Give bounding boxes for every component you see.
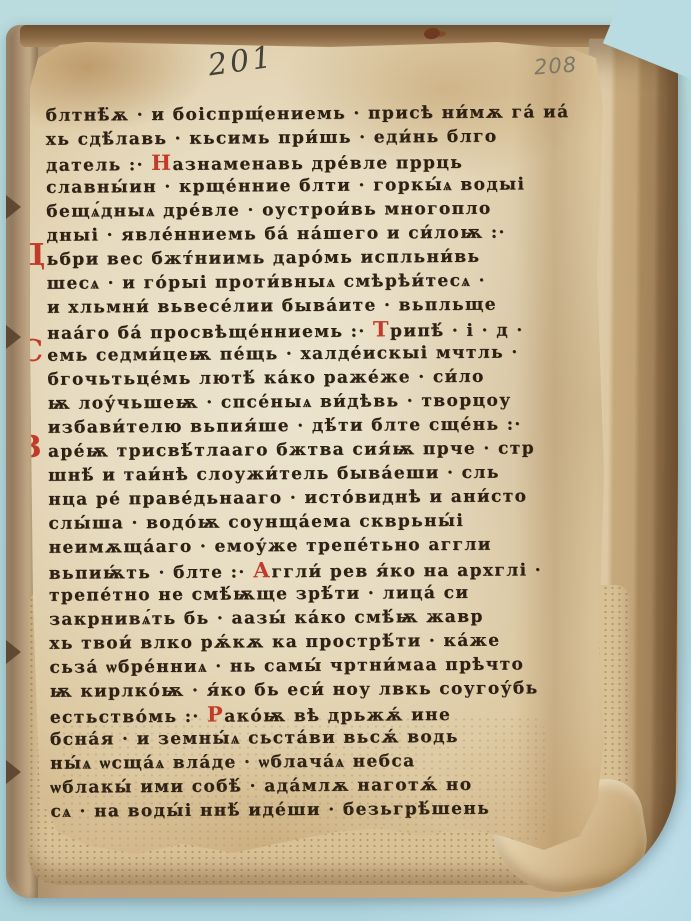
manuscript-line: трепе́тно не смѣ́ѭще зрѣ́ти · лица́ си bbox=[49, 580, 561, 608]
ink-text: рипѣ́ · і · д · bbox=[390, 320, 524, 341]
manuscript-line: ѭ кирлко́ѭ · я́ко бь еси́ ноу лвкь соуго… bbox=[50, 676, 562, 704]
manuscript-line: ѡблакы́ ими собѣ́ · ада́млѫ наготѫ́ но bbox=[50, 772, 562, 800]
manuscript-line: Семь седми́цеѭ пе́щь · халде́искыі мчтль… bbox=[47, 340, 559, 368]
manuscript-line: Дьбри вес бжт́ниимь даро́мь испльни́вь bbox=[46, 244, 558, 272]
ink-text: шнѣ́ и таи́нѣ слоужи́тель быва́еши · сль bbox=[48, 463, 500, 486]
ink-text: шесѧ · и го́рыі проти́вныѧ смѣрѣи́тесѧ · bbox=[47, 271, 486, 294]
ink-text: неимѫща́аго · емоу́же трепе́тьно аггли bbox=[49, 535, 492, 558]
ink-text: наа́го ба́ просвѣще́нниемь :· bbox=[47, 322, 373, 344]
manuscript-line: бгочьтьце́мь лютѣ́ ка́ко раже́же · си́ло bbox=[47, 364, 559, 392]
ink-text: ьбри вес бжт́ниимь даро́мь испльни́вь bbox=[47, 247, 481, 270]
ink-text: емь седми́цеѭ пе́щь · халде́искыі мчтль … bbox=[47, 342, 519, 365]
manuscript-line: сьза́ ѡбре́нниѧ · нь самы́ чртни́маа прѣ… bbox=[49, 652, 561, 680]
codex-book: 201 208 блтнѣ̈ѫ · и боіспрщ́ениемь · при… bbox=[6, 25, 678, 898]
rubric-initial: Т bbox=[373, 316, 390, 341]
folio-number-ink: 201 bbox=[206, 40, 276, 84]
ink-text: ѭ лоу́чьшеѭ · спсе́ныѧ ви́дѣвь · творцоу bbox=[48, 391, 512, 414]
ink-text: ѡблакы́ ими собѣ́ · ада́млѫ наготѫ́ но bbox=[50, 775, 472, 798]
manuscript-line: славны́ин · крще́нние блти · горкы́ѧ вод… bbox=[46, 172, 558, 200]
ink-text: сѧ · на воды́і ннѣ́ иде́ши · безьгрѣ́шен… bbox=[50, 799, 490, 822]
manuscript-line: ны́ѧ ѡсща́ѧ вла́де · ѡблача́ѧ небса bbox=[50, 748, 562, 776]
manuscript-line: естьство́мь :· Рако́ѭ вѣ дрьжѫ́ ине bbox=[50, 700, 562, 728]
manuscript-line: бещѧ́дныѧ дре́вле · оустрои́вь многопло bbox=[46, 196, 558, 224]
ink-text: хь сдѣ́лавь · кьсимь при́шь · еди́нь блг… bbox=[46, 127, 498, 150]
ink-text: бсна́я · и земны́ѧ сьста́ви вьсѫ́ водь bbox=[50, 727, 459, 750]
rubric-initial: Р bbox=[207, 702, 224, 727]
rubric-initial: А bbox=[253, 557, 272, 582]
manuscript-line: блтнѣ̈ѫ · и боіспрщ́ениемь · присѣ ни́мѫ… bbox=[45, 100, 557, 128]
ink-text: нца ре́ праве́дьнааго · исто́виднѣ и ани… bbox=[48, 486, 527, 509]
manuscript-line: наа́го ба́ просвѣще́нниемь :· Трипѣ́ · і… bbox=[47, 316, 559, 344]
ink-text: естьство́мь :· bbox=[50, 707, 207, 728]
manuscript-line: ѭ лоу́чьшеѭ · спсе́ныѧ ви́дѣвь · творцоу bbox=[48, 388, 560, 416]
ink-text: славны́ин · крще́нние блти · горкы́ѧ вод… bbox=[46, 174, 525, 197]
ink-text: избави́телю вьпия́ше · дѣ́ти блте сще́нь… bbox=[48, 414, 522, 437]
ink-text: бгочьтьце́мь лютѣ́ ка́ко раже́же · си́ло bbox=[47, 367, 484, 390]
manuscript-line: Заре́ѭ трисвѣ́тлааго бжтва сия́ѭ прче · … bbox=[48, 436, 560, 464]
manuscript-line: нца ре́ праве́дьнааго · исто́виднѣ и ани… bbox=[48, 484, 560, 512]
ink-text: ѭ кирлко́ѭ · я́ко бь еси́ ноу лвкь соуго… bbox=[50, 678, 539, 701]
ink-text: датель :· bbox=[46, 155, 151, 176]
ink-text: закрнивѧ́ть бь · аазы́ ка́ко смѣ́ѭ жавр bbox=[49, 607, 484, 630]
manuscript-line: сѧ · на воды́і ннѣ́ иде́ши · безьгрѣ́шен… bbox=[50, 796, 562, 824]
manuscript-photo: { "folio": { "ink_number": "201", "penci… bbox=[0, 0, 691, 921]
manuscript-line: вьпиѭ́ть · блте :· Аггли́ рев я́ко на ар… bbox=[49, 556, 561, 584]
ink-text: ако́ѭ вѣ дрьжѫ́ ине bbox=[224, 705, 451, 727]
manuscript-line: хь твои́ влко рѫ́кѫ ка прострѣ́ти · ка́ж… bbox=[49, 628, 561, 656]
manuscript-page: 201 208 блтнѣ̈ѫ · и боіспрщ́ениемь · при… bbox=[30, 42, 606, 854]
manuscript-line: слы́ша · водо́ѭ соунща́ема скврьны́і bbox=[48, 508, 560, 536]
ink-text: бещѧ́дныѧ дре́вле · оустрои́вь многопло bbox=[46, 199, 492, 222]
ink-text: вьпиѭ́ть · блте :· bbox=[49, 562, 253, 583]
ink-text: ны́ѧ ѡсща́ѧ вла́де · ѡблача́ѧ небса bbox=[50, 751, 416, 774]
ink-text: и хльмни́ вьвесе́лии быва́ите · вьпльще bbox=[47, 295, 497, 318]
manuscript-line: неимѫща́аго · емоу́же трепе́тьно аггли bbox=[49, 532, 561, 560]
rubric-initial: Н bbox=[151, 150, 172, 175]
manuscript-line: закрнивѧ́ть бь · аазы́ ка́ко смѣ́ѭ жавр bbox=[49, 604, 561, 632]
manuscript-line: избави́телю вьпия́ше · дѣ́ти блте сще́нь… bbox=[48, 412, 560, 440]
ink-text: блтнѣ̈ѫ · и боіспрщ́ениемь · присѣ ни́мѫ… bbox=[46, 102, 570, 126]
manuscript-line: бсна́я · и земны́ѧ сьста́ви вьсѫ́ водь bbox=[50, 724, 562, 752]
manuscript-line: шнѣ́ и таи́нѣ слоужи́тель быва́еши · сль bbox=[48, 460, 560, 488]
ink-text: дныі · явле́нниемь ба́ на́шего и си́лоѭ … bbox=[46, 223, 506, 246]
folio-number-pencil: 208 bbox=[533, 53, 578, 80]
text-block: блтнѣ̈ѫ · и боіспрщ́ениемь · присѣ ни́мѫ… bbox=[45, 100, 562, 824]
manuscript-line: хь сдѣ́лавь · кьсимь при́шь · еди́нь блг… bbox=[46, 124, 558, 152]
manuscript-line: шесѧ · и го́рыі проти́вныѧ смѣрѣи́тесѧ · bbox=[47, 268, 559, 296]
manuscript-line: дныі · явле́нниемь ба́ на́шего и си́лоѭ … bbox=[46, 220, 558, 248]
ink-text: азнаменавь дре́вле пррць bbox=[172, 153, 463, 175]
ink-text: трепе́тно не смѣ́ѭще зрѣ́ти · лица́ си bbox=[49, 583, 470, 606]
manuscript-line: датель :· Назнаменавь дре́вле пррць bbox=[46, 148, 558, 176]
manuscript-line: и хльмни́ вьвесе́лии быва́ите · вьпльще bbox=[47, 292, 559, 320]
ink-text: ггли́ рев я́ко на архглі · bbox=[271, 560, 542, 582]
ink-text: слы́ша · водо́ѭ соунща́ема скврьны́і bbox=[48, 511, 464, 534]
ink-text: аре́ѭ трисвѣ́тлааго бжтва сия́ѭ прче · с… bbox=[48, 438, 535, 461]
ink-text: сьза́ ѡбре́нниѧ · нь самы́ чртни́маа прѣ… bbox=[49, 654, 524, 677]
ink-text: хь твои́ влко рѫ́кѫ ка прострѣ́ти · ка́ж… bbox=[49, 631, 500, 654]
